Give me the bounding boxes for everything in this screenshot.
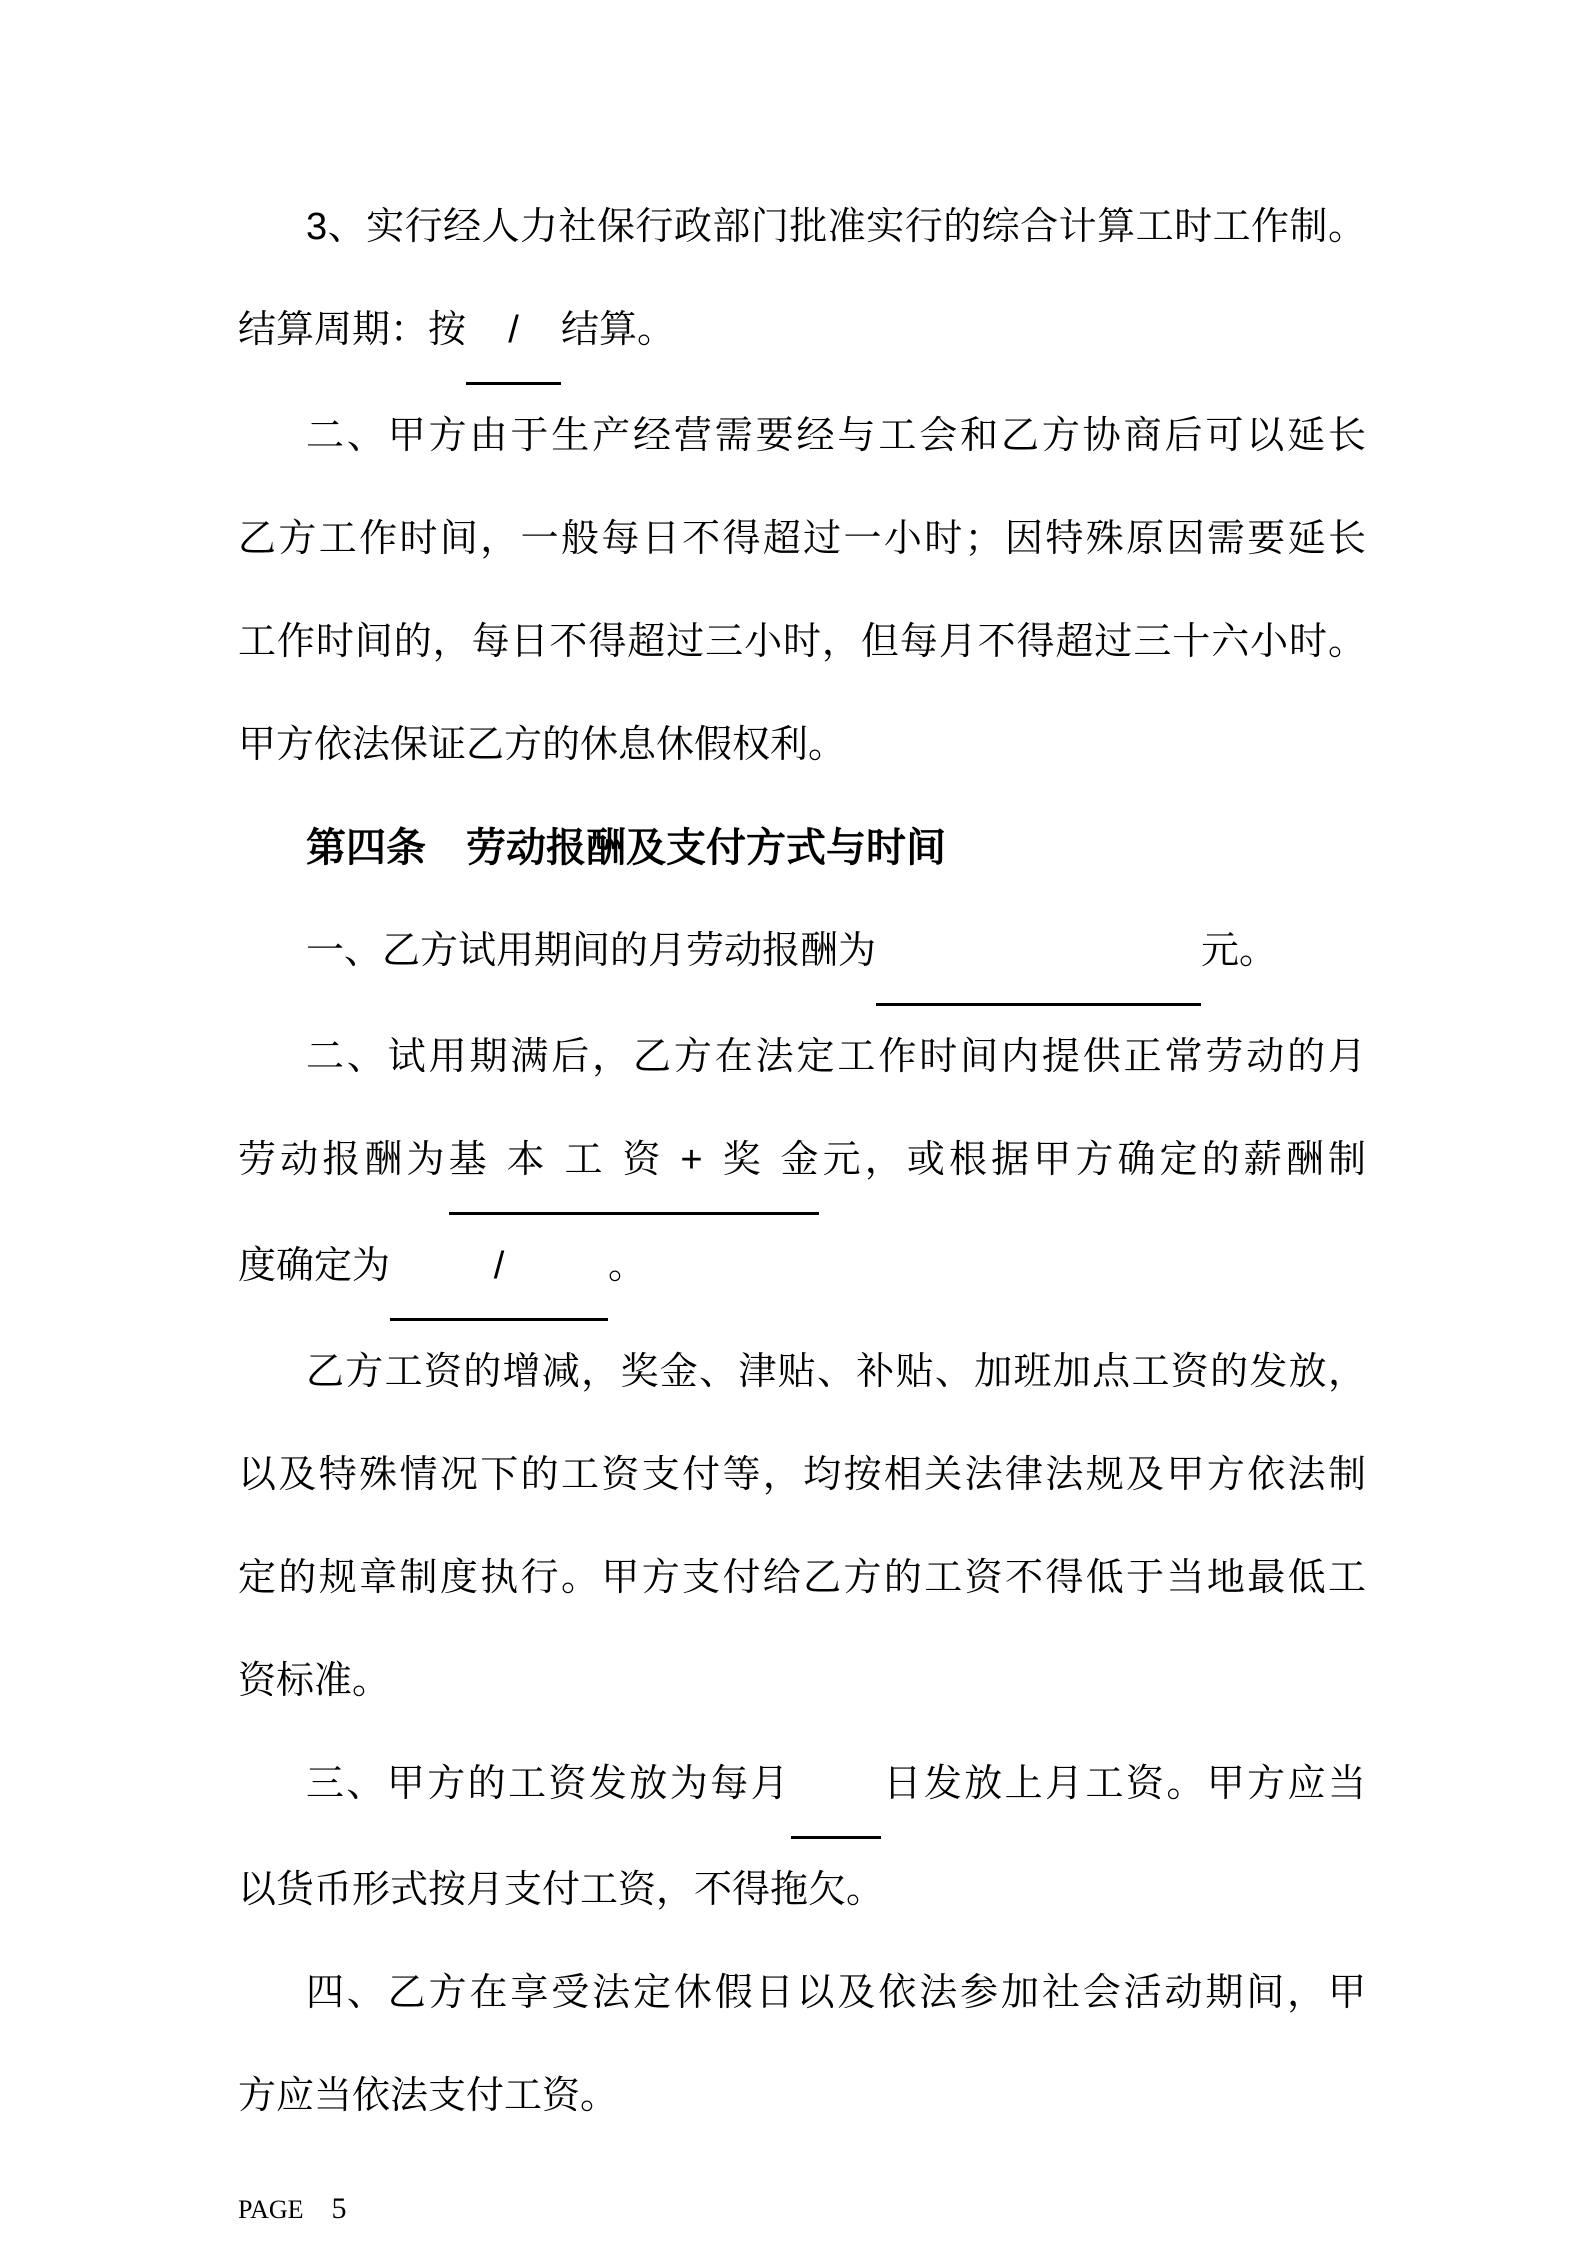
document-line: 一、乙方试用期间的月劳动报酬为​元。 bbox=[238, 900, 1366, 1006]
fill-in-blank: / bbox=[390, 1215, 608, 1321]
document-line: 方应当依法支付工资。 bbox=[238, 2045, 1366, 2148]
text-segment: 结算周期：按 bbox=[238, 309, 466, 351]
text-segment: 甲方依法保证乙方的休息休假权利。 bbox=[238, 724, 846, 766]
contract-page: 3、实行经人力社保行政部门批准实行的综合计算工时工作制。结算周期：按/结算。二、… bbox=[0, 0, 1587, 2244]
text-segment: 工作时间的，每日不得超过三小时，但每月不得超过三十六小时。 bbox=[238, 621, 1366, 663]
text-segment: 乙方工作时间，一般每日不得超过一小时；因特殊原因需要延长 bbox=[238, 518, 1366, 560]
footer-page-label: PAGE bbox=[238, 2195, 304, 2224]
page-footer: PAGE5 bbox=[238, 2196, 347, 2223]
text-segment: 元。 bbox=[1201, 930, 1277, 972]
document-line: 资标准。 bbox=[238, 1630, 1366, 1733]
document-line: 工作时间的，每日不得超过三小时，但每月不得超过三十六小时。 bbox=[238, 591, 1366, 694]
section-heading: 第四条 劳动报酬及支付方式与时间 bbox=[238, 797, 1366, 900]
footer-page-number: 5 bbox=[332, 2196, 347, 2222]
text-segment: 以货币形式按月支付工资，不得拖欠。 bbox=[238, 1869, 884, 1911]
document-body: 3、实行经人力社保行政部门批准实行的综合计算工时工作制。结算周期：按/结算。二、… bbox=[238, 176, 1366, 2148]
document-line: 以及特殊情况下的工资支付等，均按相关法律法规及甲方依法制 bbox=[238, 1424, 1366, 1527]
text-segment: 三、甲方的工资发放为每月 bbox=[306, 1763, 791, 1805]
document-line: 劳动报酬为基本工资+奖金元，或根据甲方确定的薪酬制 bbox=[238, 1109, 1366, 1215]
text-segment: 。 bbox=[608, 1245, 646, 1287]
document-line: 度确定为/。 bbox=[238, 1215, 1366, 1321]
text-segment: 二、甲方由于生产经营需要经与工会和乙方协商后可以延长 bbox=[306, 415, 1366, 457]
text-segment: 度确定为 bbox=[238, 1245, 390, 1287]
document-line: 二、试用期满后，乙方在法定工作时间内提供正常劳动的月 bbox=[238, 1006, 1366, 1109]
text-segment: 日发放上月工资。甲方应当 bbox=[881, 1763, 1366, 1805]
text-segment: 3、实行经人力社保行政部门批准实行的综合计算工时工作制。 bbox=[306, 206, 1366, 248]
document-line: 甲方依法保证乙方的休息休假权利。 bbox=[238, 694, 1366, 797]
text-segment: 方应当依法支付工资。 bbox=[238, 2075, 618, 2117]
document-line: 结算周期：按/结算。 bbox=[238, 279, 1366, 385]
text-segment: 劳动报酬为 bbox=[238, 1139, 449, 1181]
document-line: 三、甲方的工资发放为每月​日发放上月工资。甲方应当 bbox=[238, 1733, 1366, 1839]
text-segment: 以及特殊情况下的工资支付等，均按相关法律法规及甲方依法制 bbox=[238, 1454, 1366, 1496]
text-segment: 一、乙方试用期间的月劳动报酬为 bbox=[306, 930, 876, 972]
text-segment: 资标准。 bbox=[238, 1660, 390, 1702]
text-segment: 第四条 劳动报酬及支付方式与时间 bbox=[306, 826, 946, 870]
text-segment: 定的规章制度执行。甲方支付给乙方的工资不得低于当地最低工 bbox=[238, 1557, 1366, 1599]
fill-in-blank: ​ bbox=[876, 900, 1201, 1006]
document-line: 3、实行经人力社保行政部门批准实行的综合计算工时工作制。 bbox=[238, 176, 1366, 279]
document-line: 二、甲方由于生产经营需要经与工会和乙方协商后可以延长 bbox=[238, 385, 1366, 488]
text-segment: 二、试用期满后，乙方在法定工作时间内提供正常劳动的月 bbox=[306, 1036, 1366, 1078]
text-segment: 结算。 bbox=[561, 309, 675, 351]
fill-in-blank: ​ bbox=[791, 1733, 881, 1839]
document-line: 四、乙方在享受法定休假日以及依法参加社会活动期间，甲 bbox=[238, 1942, 1366, 2045]
text-segment: 乙方工资的增减，奖金、津贴、补贴、加班加点工资的发放， bbox=[306, 1351, 1366, 1393]
fill-in-blank: / bbox=[466, 279, 561, 385]
text-segment: 元，或根据甲方确定的薪酬制 bbox=[819, 1139, 1366, 1181]
document-line: 乙方工资的增减，奖金、津贴、补贴、加班加点工资的发放， bbox=[238, 1321, 1366, 1424]
document-line: 乙方工作时间，一般每日不得超过一小时；因特殊原因需要延长 bbox=[238, 488, 1366, 591]
document-line: 以货币形式按月支付工资，不得拖欠。 bbox=[238, 1839, 1366, 1942]
text-segment: 四、乙方在享受法定休假日以及依法参加社会活动期间，甲 bbox=[306, 1972, 1366, 2014]
fill-in-blank: 基本工资+奖金 bbox=[449, 1109, 819, 1215]
document-line: 定的规章制度执行。甲方支付给乙方的工资不得低于当地最低工 bbox=[238, 1527, 1366, 1630]
